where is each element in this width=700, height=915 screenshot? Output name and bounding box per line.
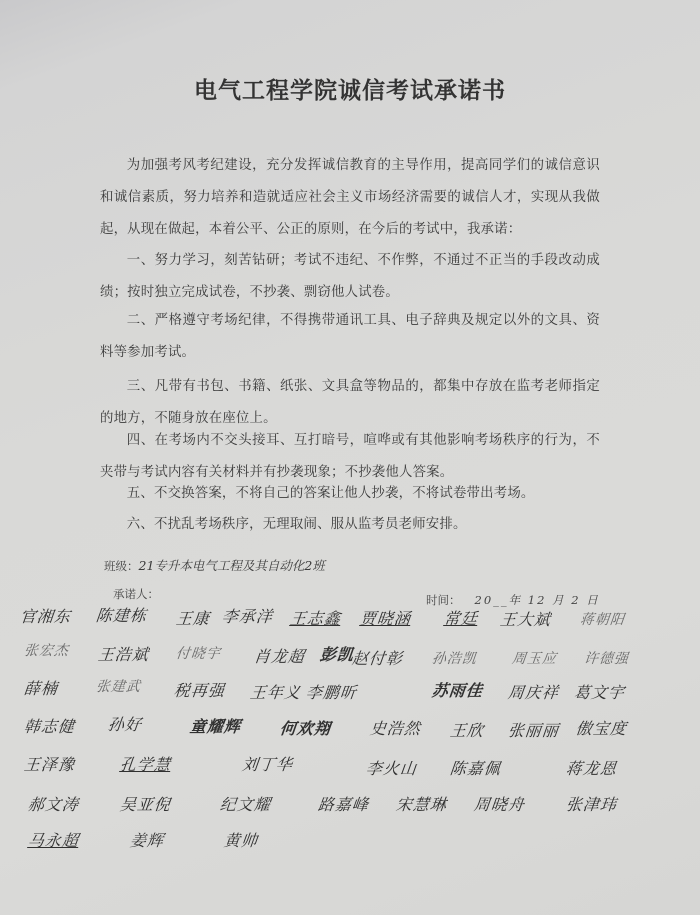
signature: 张建武 <box>95 676 142 696</box>
signature: 常廷 <box>443 606 479 629</box>
commitment-item-6: 六、不扰乱考场秩序，无理取闹、服从监考员老师安排。 <box>100 509 600 541</box>
signature: 何欢翔 <box>279 716 332 739</box>
commitment-item-text: 五、不交换答案，不将自己的答案让他人抄袭，不将试卷带出考场。 <box>100 478 600 510</box>
signature: 纪文耀 <box>219 792 272 815</box>
signature: 葛文宇 <box>573 680 626 703</box>
signature: 韩志健 <box>23 714 76 737</box>
commitment-item-2: 二、严格遵守考场纪律，不得携带通讯工具、电子辞典及规定以外的文具、资料等参加考试… <box>100 305 600 369</box>
class-value: 21专升本电气工程及其自动化2班 <box>139 558 325 573</box>
signature: 马永超 <box>27 828 80 851</box>
signature: 蒋朝阳 <box>579 609 626 629</box>
signature: 王志鑫 <box>289 606 342 629</box>
signature: 赵付彰 <box>351 646 404 669</box>
commitment-item-text: 一、努力学习，刻苦钻研；考试不违纪、不作弊，不通过不正当的手段改动成绩；按时独立… <box>100 245 600 309</box>
commitment-item-5: 五、不交换答案，不将自己的答案让他人抄袭，不将试卷带出考场。 <box>100 478 600 510</box>
signature: 李火山 <box>365 756 418 779</box>
signature: 许德强 <box>583 648 630 668</box>
intro-text: 为加强考风考纪建设，充分发挥诚信教育的主导作用，提高同学们的诚信意识和诚信素质，… <box>100 150 600 246</box>
signature: 苏雨佳 <box>431 678 484 701</box>
signature: 蒋龙恩 <box>565 756 618 779</box>
signature: 周庆祥 <box>507 680 560 703</box>
signature: 王浩斌 <box>97 642 150 665</box>
signature: 王泽豫 <box>23 752 76 775</box>
signature: 肖龙超 <box>253 644 306 667</box>
signature: 税再强 <box>173 678 226 701</box>
signature: 陈建栋 <box>95 603 148 626</box>
signature: 张丽丽 <box>507 718 560 741</box>
signature: 史浩然 <box>369 716 422 739</box>
class-label: 班级： <box>104 559 139 573</box>
signature: 孙好 <box>107 712 143 735</box>
signature: 付晓宇 <box>175 643 222 663</box>
signature: 王康 <box>175 606 211 629</box>
signature: 宋慧琳 <box>395 792 448 815</box>
signature: 王年义 <box>249 680 302 703</box>
signature: 刘丁华 <box>241 752 294 775</box>
class-field: 班级：21专升本电气工程及其自动化2班 <box>104 556 325 574</box>
signature: 王欣 <box>449 718 485 741</box>
signature: 姜辉 <box>129 828 165 851</box>
signature: 周晓舟 <box>473 792 526 815</box>
commitment-document: 电气工程学院诚信考试承诺书 为加强考风考纪建设，充分发挥诚信教育的主导作用，提高… <box>0 0 700 915</box>
signature: 周玉应 <box>511 648 558 668</box>
signature: 李承洋 <box>221 604 274 627</box>
signature: 陈嘉佩 <box>449 756 502 779</box>
date-value: 20__年 12 月 2 日 <box>475 593 600 607</box>
signature: 张津玮 <box>565 792 618 815</box>
signature: 官湘东 <box>19 604 72 627</box>
signature: 孙浩凯 <box>431 648 478 668</box>
signature: 贾晓涵 <box>359 606 412 629</box>
document-title: 电气工程学院诚信考试承诺书 <box>0 72 700 105</box>
signature: 孔学慧 <box>119 752 172 775</box>
commitment-item-text: 六、不扰乱考场秩序，无理取闹、服从监考员老师安排。 <box>100 509 600 541</box>
signature: 王大斌 <box>499 607 552 630</box>
signature: 吴亚倪 <box>119 792 172 815</box>
signature: 张宏杰 <box>23 640 70 660</box>
commitment-item-text: 二、严格遵守考场纪律，不得携带通讯工具、电子辞典及规定以外的文具、资料等参加考试… <box>100 305 600 369</box>
signature: 彭凯 <box>319 642 355 665</box>
signature: 薛楠 <box>23 676 59 699</box>
signature: 童耀辉 <box>189 714 242 737</box>
signer-label: 承诺人： <box>113 586 159 602</box>
signature: 黄帅 <box>223 828 259 851</box>
signature: 李鹏昕 <box>305 680 358 703</box>
signature: 路嘉峰 <box>317 792 370 815</box>
signature: 傲宝度 <box>575 716 628 739</box>
signature: 郝文涛 <box>27 792 80 815</box>
commitment-item-1: 一、努力学习，刻苦钻研；考试不违纪、不作弊，不通过不正当的手段改动成绩；按时独立… <box>100 245 600 309</box>
intro-paragraph: 为加强考风考纪建设，充分发挥诚信教育的主导作用，提高同学们的诚信意识和诚信素质，… <box>100 150 600 246</box>
date-label: 时间： <box>426 593 461 607</box>
